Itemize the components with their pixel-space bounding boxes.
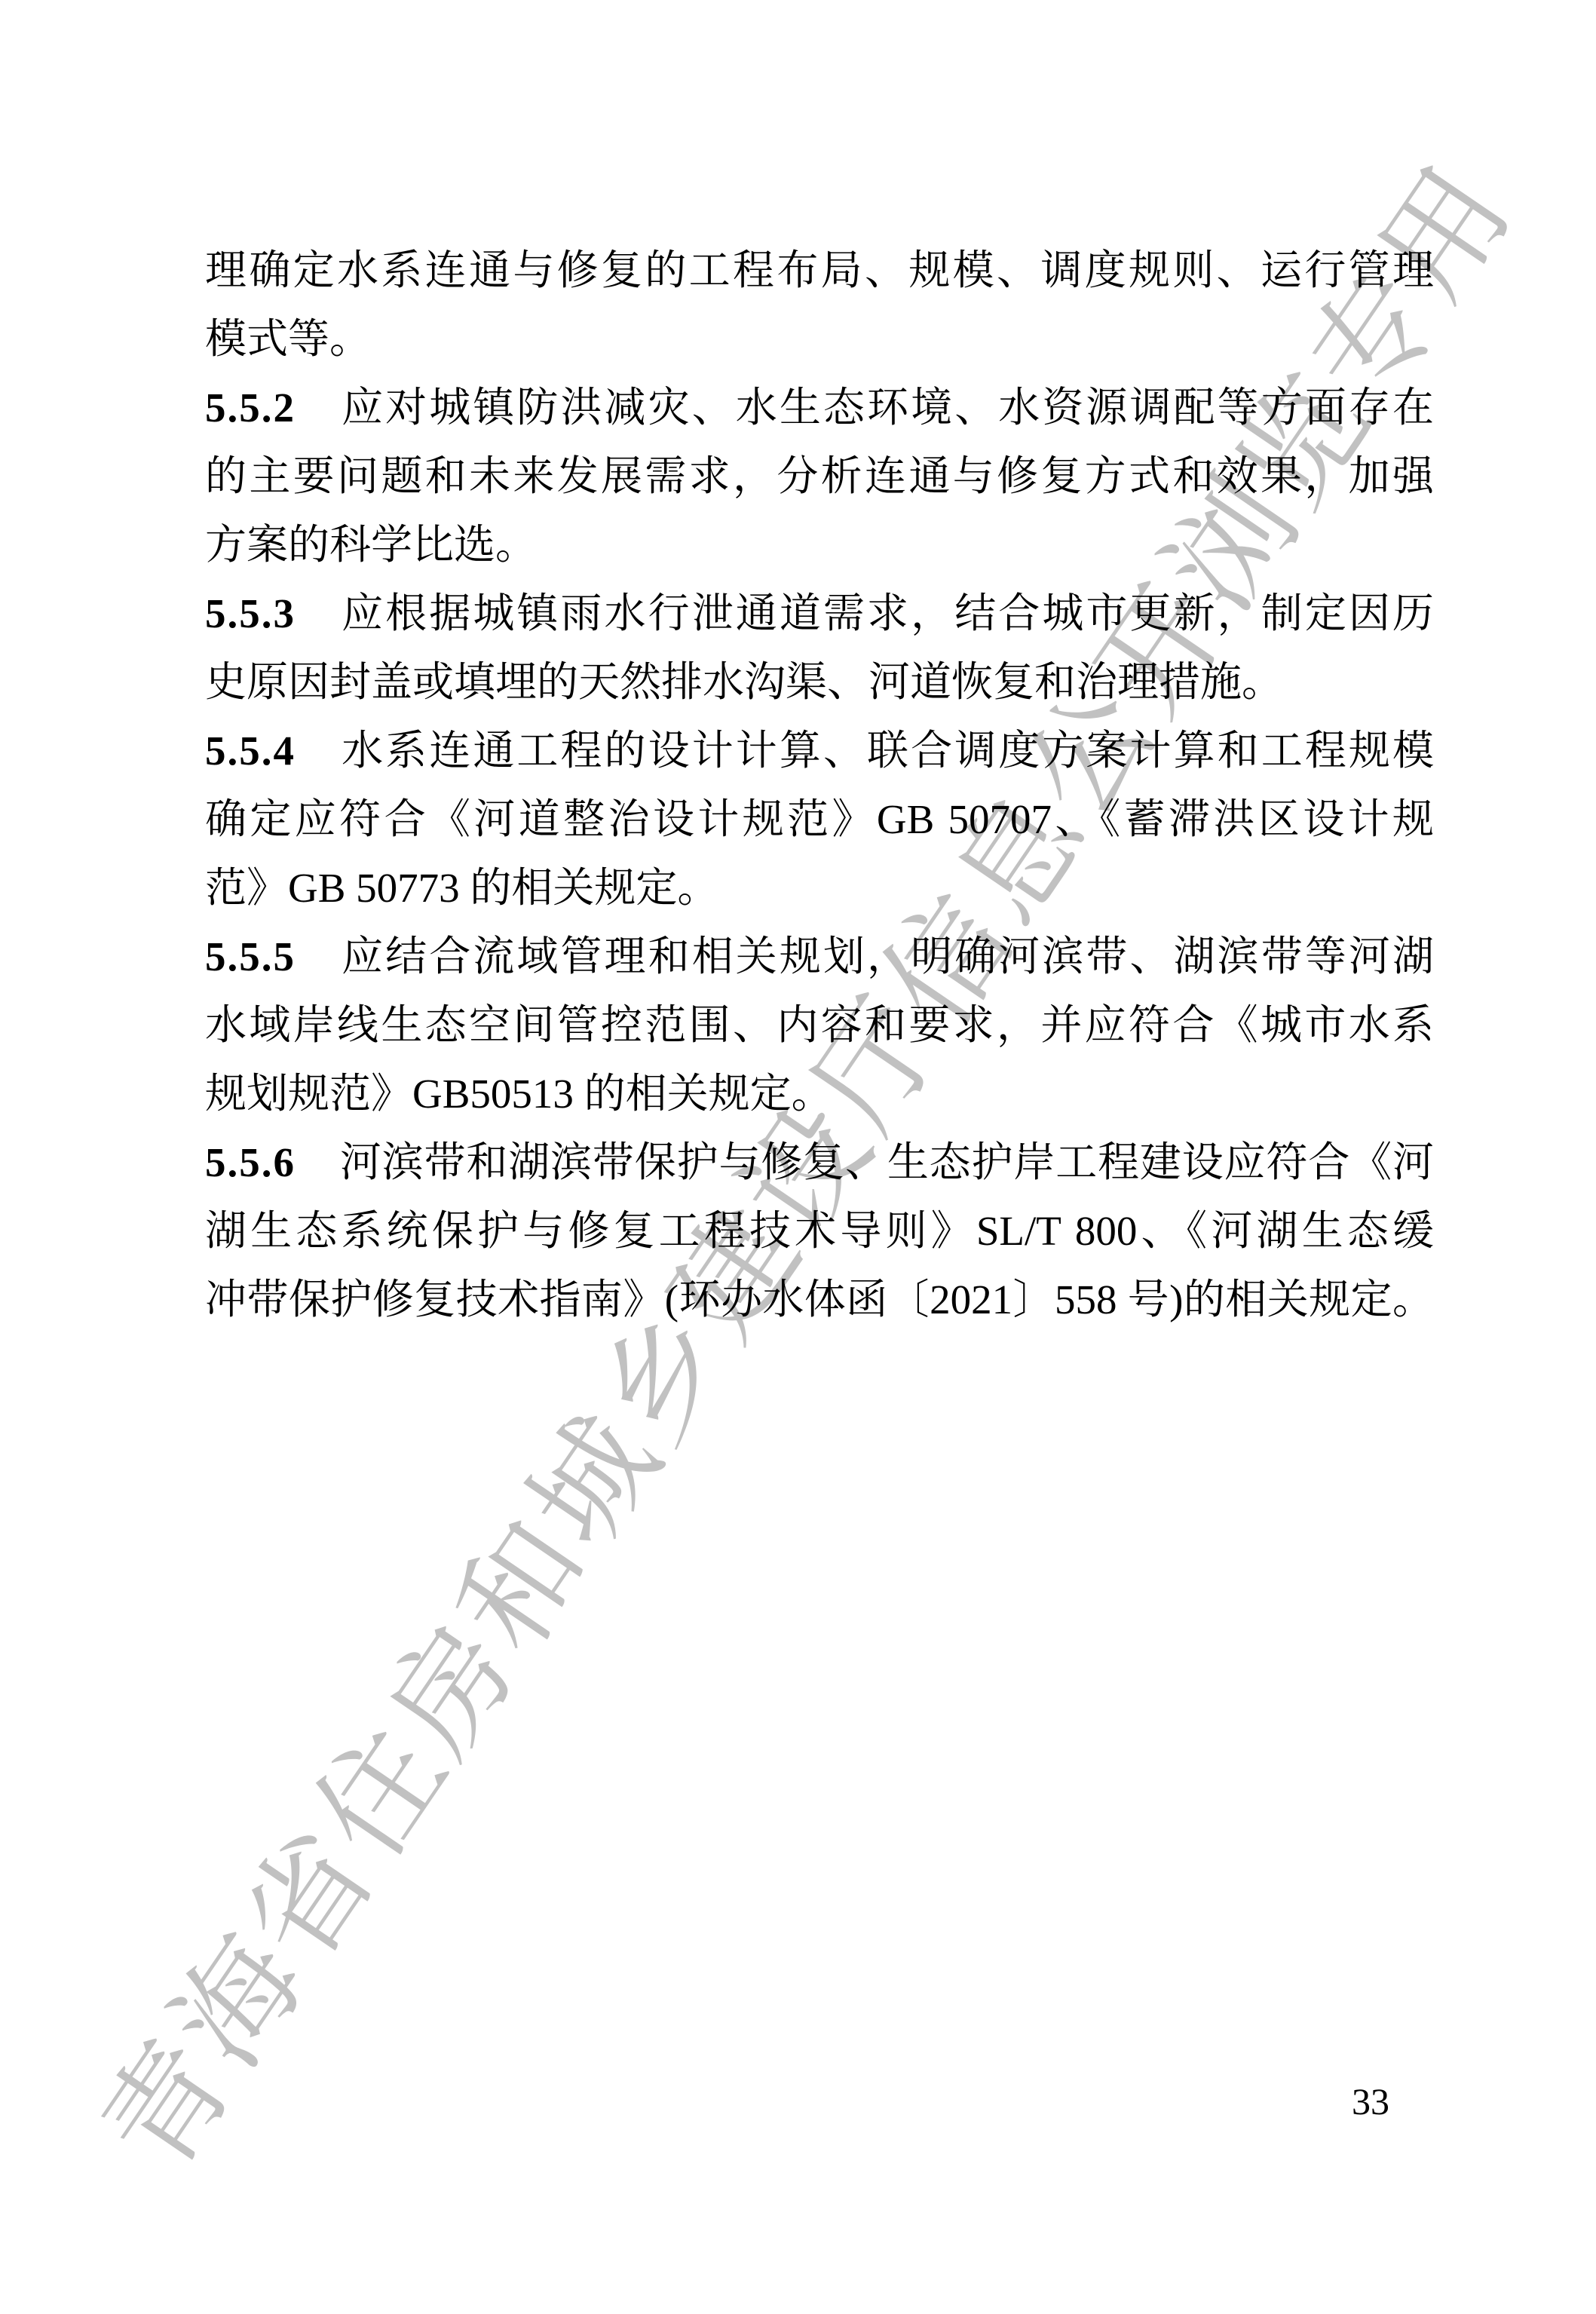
text-line: 史原因封盖或填埋的天然排水沟渠、河道恢复和治理措施。 <box>205 648 1434 716</box>
section-number: 5.5.6 <box>205 1139 296 1185</box>
text-line: 规划规范》GB50513 的相关规定。 <box>205 1059 1434 1128</box>
line-text: 应结合流域管理和相关规划，明确河滨带、湖滨带等河湖 <box>339 933 1434 979</box>
section-number: 5.5.4 <box>205 728 296 774</box>
text-line: 5.5.2应对城镇防洪减灾、水生态环境、水资源调配等方面存在 <box>205 373 1434 442</box>
line-text: 规划规范》GB50513 的相关规定。 <box>205 1071 833 1117</box>
line-text: 水系连通工程的设计计算、联合调度方案计算和工程规模 <box>339 728 1434 774</box>
line-text: 河滨带和湖滨带保护与修复、生态护岸工程建设应符合《河 <box>339 1139 1434 1185</box>
text-line: 5.5.5应结合流域管理和相关规划，明确河滨带、湖滨带等河湖 <box>205 922 1434 991</box>
text-line: 5.5.4水系连通工程的设计计算、联合调度方案计算和工程规模 <box>205 716 1434 785</box>
line-text: 方案的科学比选。 <box>205 522 537 568</box>
line-text: 理确定水系连通与修复的工程布局、规模、调度规则、运行管理 <box>205 247 1434 293</box>
line-text: 水域岸线生态空间管控范围、内容和要求，并应符合《城市水系 <box>205 1002 1434 1048</box>
text-line: 5.5.6河滨带和湖滨带保护与修复、生态护岸工程建设应符合《河 <box>205 1128 1434 1197</box>
line-text: 应对城镇防洪减灾、水生态环境、水资源调配等方面存在 <box>339 385 1434 431</box>
text-line: 5.5.3应根据城镇雨水行泄通道需求，结合城市更新，制定因历 <box>205 579 1434 648</box>
line-text: 应根据城镇雨水行泄通道需求，结合城市更新，制定因历 <box>339 590 1434 636</box>
section-number: 5.5.3 <box>205 590 296 636</box>
document-page: 青海省住房和城乡建设厅信息公开浏览专用 理确定水系连通与修复的工程布局、规模、调… <box>0 0 1596 2314</box>
body-text: 理确定水系连通与修复的工程布局、规模、调度规则、运行管理模式等。5.5.2应对城… <box>205 236 1434 1334</box>
text-line: 模式等。 <box>205 305 1434 373</box>
line-text: 湖生态系统保护与修复工程技术导则》SL/T 800、《河湖生态缓 <box>205 1208 1434 1254</box>
section-number: 5.5.2 <box>205 385 296 431</box>
line-text: 确定应符合《河道整治设计规范》GB 50707、《蓄滞洪区设计规 <box>205 796 1434 842</box>
text-line: 方案的科学比选。 <box>205 510 1434 579</box>
line-text: 史原因封盖或填埋的天然排水沟渠、河道恢复和治理措施。 <box>205 659 1283 705</box>
page-number: 33 <box>1352 2079 1389 2124</box>
line-text: 的主要问题和未来发展需求，分析连通与修复方式和效果，加强 <box>205 453 1434 499</box>
text-line: 范》GB 50773 的相关规定。 <box>205 854 1434 922</box>
text-line: 水域岸线生态空间管控范围、内容和要求，并应符合《城市水系 <box>205 991 1434 1059</box>
text-line: 冲带保护修复技术指南》(环办水体函〔2021〕558 号)的相关规定。 <box>205 1265 1434 1334</box>
text-line: 的主要问题和未来发展需求，分析连通与修复方式和效果，加强 <box>205 442 1434 510</box>
line-text: 模式等。 <box>205 316 371 362</box>
text-line: 确定应符合《河道整治设计规范》GB 50707、《蓄滞洪区设计规 <box>205 785 1434 854</box>
text-line: 湖生态系统保护与修复工程技术导则》SL/T 800、《河湖生态缓 <box>205 1197 1434 1265</box>
text-line: 理确定水系连通与修复的工程布局、规模、调度规则、运行管理 <box>205 236 1434 305</box>
line-text: 范》GB 50773 的相关规定。 <box>205 865 718 911</box>
line-text: 冲带保护修复技术指南》(环办水体函〔2021〕558 号)的相关规定。 <box>205 1277 1434 1323</box>
section-number: 5.5.5 <box>205 933 296 979</box>
